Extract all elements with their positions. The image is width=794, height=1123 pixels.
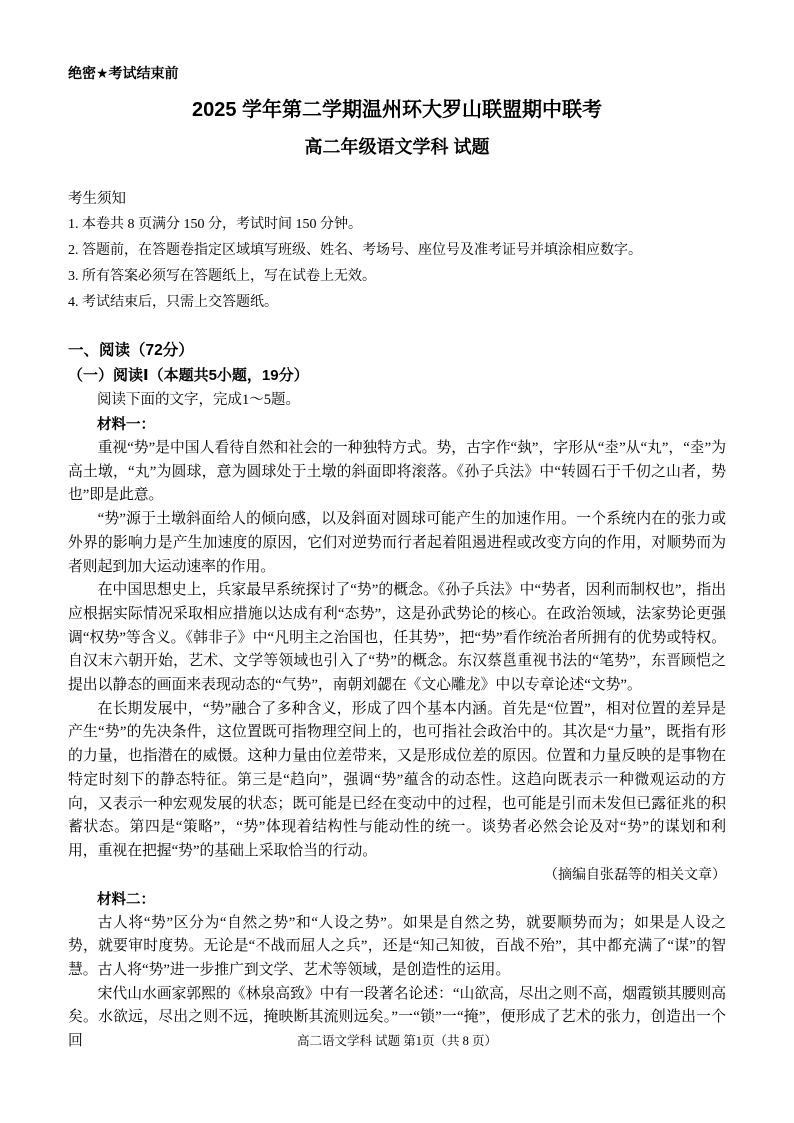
material-one-paragraph: 重视“势”是中国人看待自然和社会的一种独特方式。势，古字作“埶”，字形从“坴”从… (68, 437, 726, 508)
classified-banner: 绝密★考试结束前 (68, 64, 726, 82)
exam-title: 2025 学年第二学期温州环大罗山联盟期中联考 (68, 96, 726, 124)
candidate-notice-heading: 考生须知 (68, 186, 726, 212)
material-two-label: 材料二： (68, 888, 726, 912)
material-one-label: 材料一： (68, 413, 726, 437)
notice-item-1: 1. 本卷共 8 页满分 150 分，考试时间 150 分钟。 (68, 212, 726, 238)
exam-paper-page: 绝密★考试结束前 2025 学年第二学期温州环大罗山联盟期中联考 高二年级语文学… (0, 0, 794, 1123)
notice-item-2: 2. 答题前，在答题卷指定区域填写班级、姓名、考场号、座位号及准考证号并填涂相应… (68, 238, 726, 264)
candidate-notice: 考生须知 1. 本卷共 8 页满分 150 分，考试时间 150 分钟。 2. … (68, 186, 726, 316)
material-one-paragraph: 在中国思想史上，兵家最早系统探讨了“势”的概念。《孙子兵法》中“势者，因利而制权… (68, 579, 726, 698)
reading-instruction: 阅读下面的文字，完成1～5题。 (68, 388, 726, 413)
material-one-paragraph: 在长期发展中，“势”融合了多种含义，形成了四个基本内涵。首先是“位置”，相对位置… (68, 698, 726, 864)
notice-item-4: 4. 考试结束后，只需上交答题纸。 (68, 290, 726, 316)
material-one-attribution: （摘编自张磊等的相关文章） (68, 864, 726, 888)
reading-section: 一、阅读（72分） （一）阅读Ⅰ（本题共5小题，19分） 阅读下面的文字，完成1… (68, 338, 726, 1054)
page-footer: 高二语文学科 试题 第1页（共 8 页） (0, 1033, 794, 1049)
exam-subtitle: 高二年级语文学科 试题 (68, 134, 726, 160)
section-heading: 一、阅读（72分） (68, 338, 726, 363)
material-one-paragraph: “势”源于土墩斜面给人的倾向感，以及斜面对圆球可能产生的加速作用。一个系统内在的… (68, 508, 726, 579)
material-two: 材料二： 古人将“势”区分为“自然之势”和“人设之势”。如果是自然之势，就要顺势… (68, 888, 726, 1054)
section-sub-heading: （一）阅读Ⅰ（本题共5小题，19分） (68, 363, 726, 388)
material-two-paragraph: 古人将“势”区分为“自然之势”和“人设之势”。如果是自然之势，就要顺势而为；如果… (68, 912, 726, 983)
notice-item-3: 3. 所有答案必须写在答题纸上，写在试卷上无效。 (68, 264, 726, 290)
material-one: 材料一： 重视“势”是中国人看待自然和社会的一种独特方式。势，古字作“埶”，字形… (68, 413, 726, 888)
